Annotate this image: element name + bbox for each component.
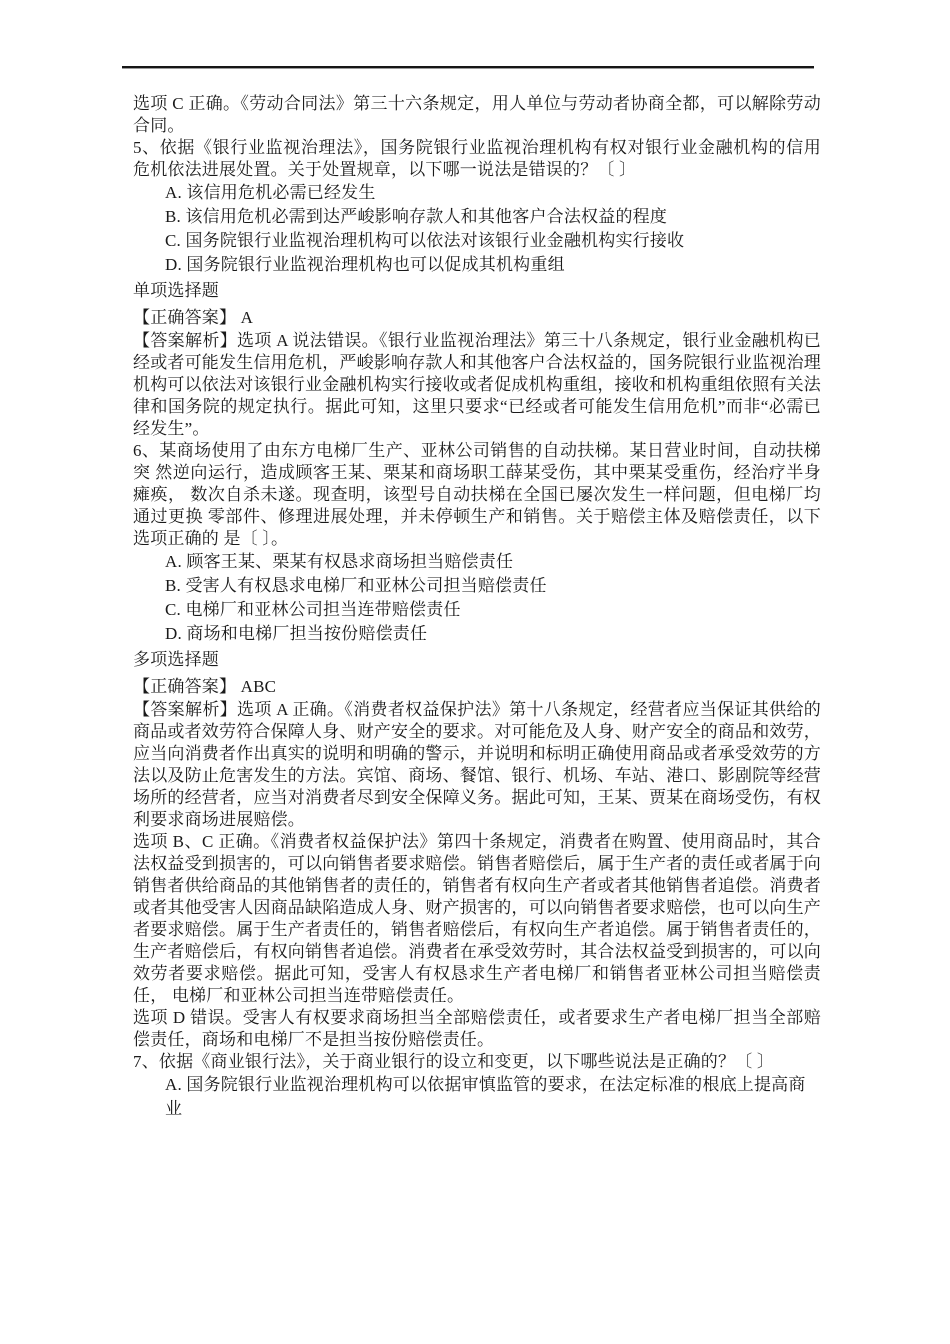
document-page: 选项 C 正确。《劳动合同法》第三十六条规定，用人单位与劳动者协商全都，可以解除… <box>0 0 950 1344</box>
prev-answer-explanation-continuation: 选项 C 正确。《劳动合同法》第三十六条规定，用人单位与劳动者协商全都，可以解除… <box>133 93 821 137</box>
question-5-option-c: C. 国务院银行业监视治理机构可以依法对该银行业金融机构实行接收 <box>133 229 821 253</box>
question-6-explanation-option-a: 【答案解析】选项 A 正确。《消费者权益保护法》第十八条规定，经营者应当保证其供… <box>133 699 821 831</box>
question-6-text: 6、某商场使用了由东方电梯厂生产、亚林公司销售的自动扶梯。某日营业时间，自动扶梯… <box>133 440 821 550</box>
question-6-option-b: B. 受害人有权恳求电梯厂和亚林公司担当赔偿责任 <box>133 574 821 598</box>
question-6-explanation-options-bc: 选项 B、C 正确。《消费者权益保护法》第四十条规定，消费者在购置、使用商品时，… <box>133 831 821 1007</box>
question-5-type-label: 单项选择题 <box>133 279 821 303</box>
question-6-option-d: D. 商场和电梯厂担当按份赔偿责任 <box>133 622 821 646</box>
question-5-option-b: B. 该信用危机必需到达严峻影响存款人和其他客户合法权益的程度 <box>133 205 821 229</box>
question-5-option-a: A. 该信用危机必需已经发生 <box>133 181 821 205</box>
question-5-option-d: D. 国务院银行业监视治理机构也可以促成其机构重组 <box>133 253 821 277</box>
document-body: 选项 C 正确。《劳动合同法》第三十六条规定，用人单位与劳动者协商全都，可以解除… <box>133 93 821 1121</box>
question-5-explanation: 【答案解析】选项 A 说法错误。《银行业监视治理法》第三十八条规定，银行业金融机… <box>133 330 821 440</box>
question-7-option-a: A. 国务院银行业监视治理机构可以依据审慎监管的要求，在法定标准的根底上提高商业 <box>133 1073 821 1121</box>
question-6-option-a: A. 顾客王某、栗某有权恳求商场担当赔偿责任 <box>133 550 821 574</box>
question-6-type-label: 多项选择题 <box>133 648 821 672</box>
question-6-option-c: C. 电梯厂和亚林公司担当连带赔偿责任 <box>133 598 821 622</box>
question-5-text: 5、依据《银行业监视治理法》，国务院银行业监视治理机构有权对银行业金融机构的信用… <box>133 137 821 181</box>
question-6-correct-answer: 【正确答案】 ABC <box>133 675 821 699</box>
header-separator-rule <box>122 66 814 69</box>
question-6-explanation-option-d: 选项 D 错误。受害人有权要求商场担当全部赔偿责任，或者要求生产者电梯厂担当全部… <box>133 1007 821 1051</box>
question-5-correct-answer: 【正确答案】 A <box>133 306 821 330</box>
question-7-text: 7、依据《商业银行法》，关于商业银行的设立和变更，以下哪些说法是正确的？〔 〕 <box>133 1051 821 1073</box>
